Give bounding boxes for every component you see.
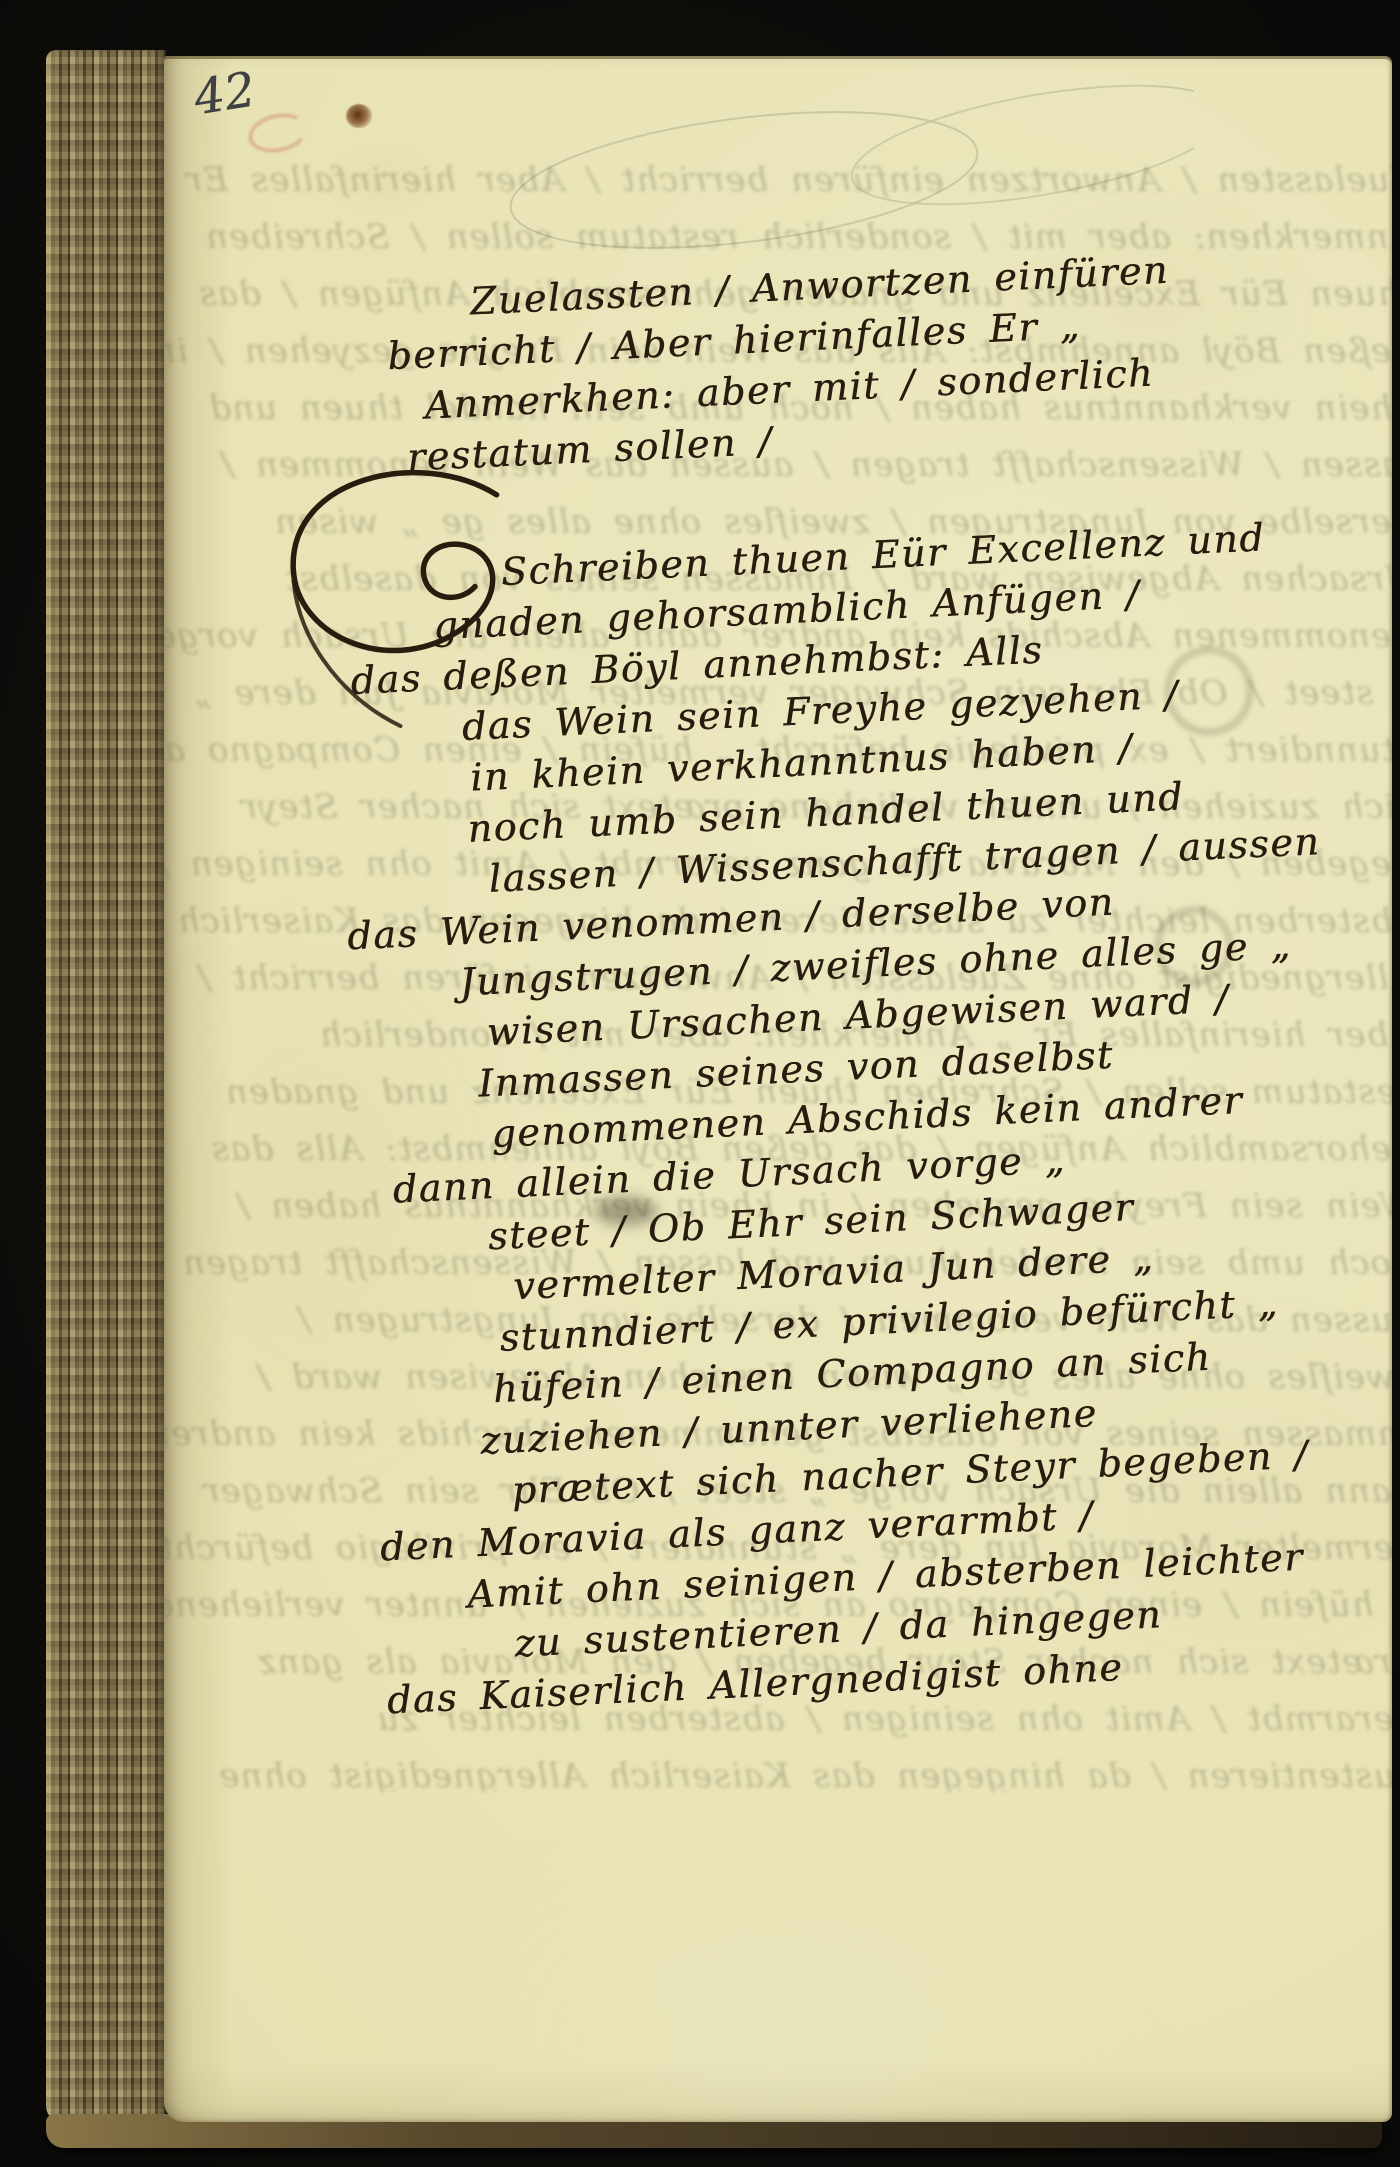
paragraph-2: Schreiben thuen Eür Excellenz und gnaden… [304, 504, 1392, 1728]
book-page-edges [46, 50, 166, 2122]
manuscript-page: Zuelassten / Anwortzen einfüren berricht… [164, 56, 1392, 2122]
photograph-of-manuscript: Zuelassten / Anwortzen einfüren berricht… [0, 0, 1400, 2167]
paragraph-1: Zuelassten / Anwortzen einfüren berricht… [304, 233, 1392, 488]
folio-number: 42 [190, 62, 259, 127]
ink-stain [346, 104, 372, 128]
